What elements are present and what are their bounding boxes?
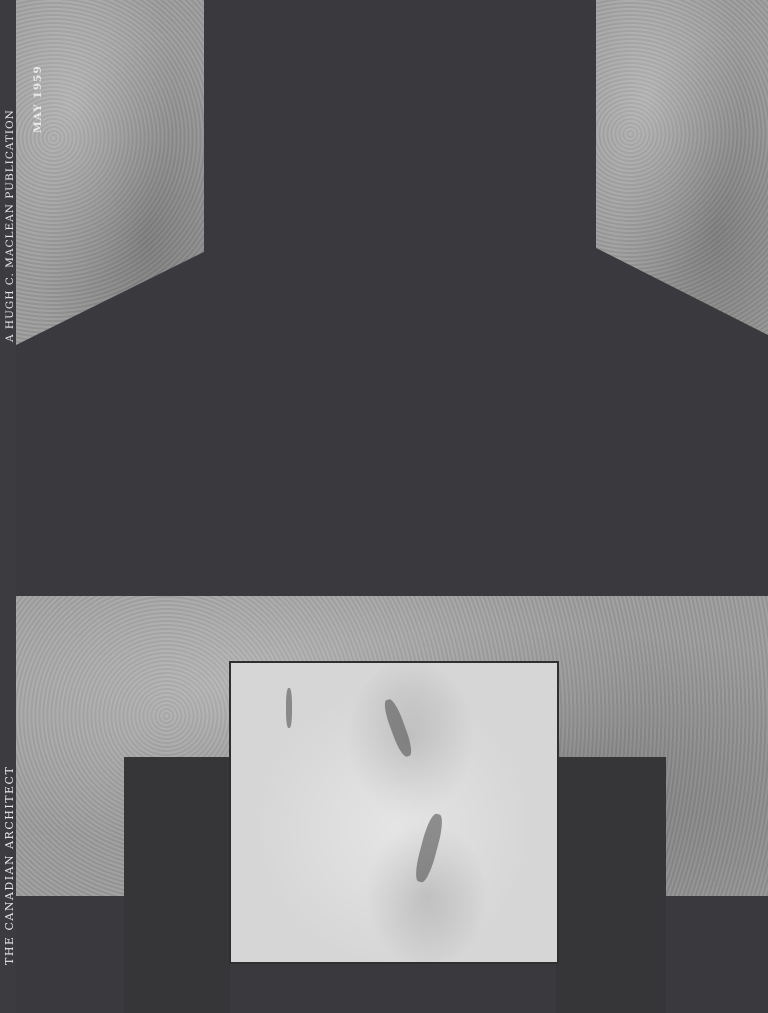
textured-panel-top-right — [596, 0, 768, 335]
ink-mark — [286, 688, 292, 728]
dark-block-right — [556, 757, 666, 1013]
central-light-panel — [231, 663, 557, 962]
dark-block-left — [124, 757, 230, 1013]
ink-mark — [381, 697, 415, 758]
issue-date: MAY 1959 — [32, 65, 44, 133]
magazine-cover: A HUGH C. MACLEAN PUBLICATION MAY 1959 T… — [0, 0, 768, 1013]
publisher-line: A HUGH C. MACLEAN PUBLICATION — [4, 109, 16, 342]
masthead-title: THE CANADIAN ARCHITECT — [3, 766, 16, 965]
textured-panel-top-left — [16, 0, 204, 345]
ink-mark — [412, 812, 446, 884]
